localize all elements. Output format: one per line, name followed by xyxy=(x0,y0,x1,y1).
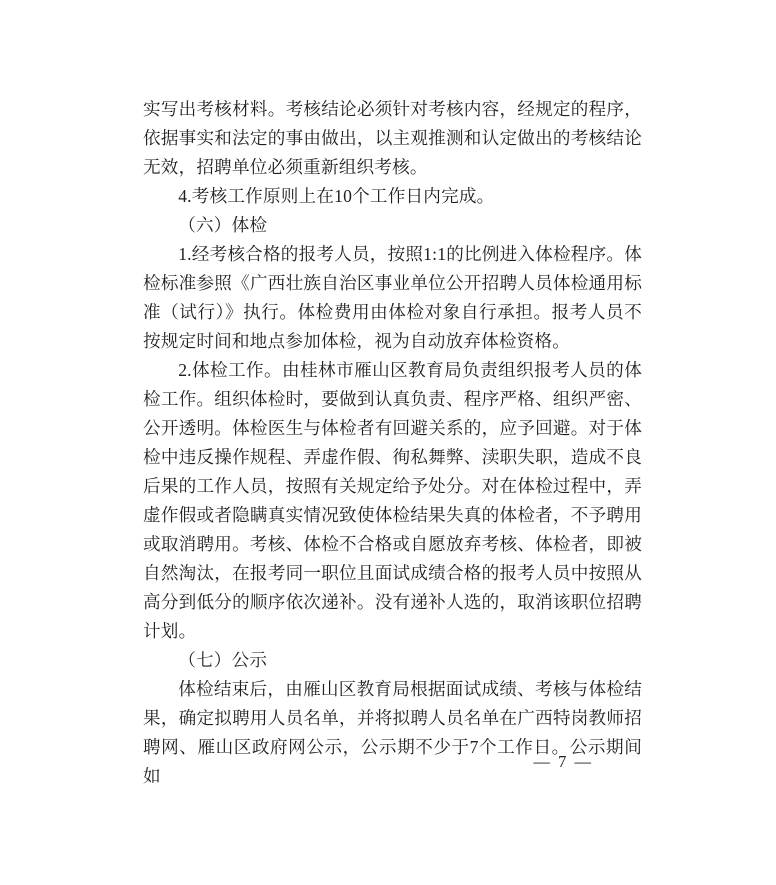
document-page: 实写出考核材料。考核结论必须针对考核内容，经规定的程序，依据事实和法定的事由做出… xyxy=(0,0,776,885)
paragraph: 1.经考核合格的报考人员，按照1:1的比例进入体检程序。体检标准参照《广西壮族自… xyxy=(143,240,642,356)
paragraph: （六）体检 xyxy=(143,211,642,240)
paragraph: （七）公示 xyxy=(143,646,642,675)
paragraph: 实写出考核材料。考核结论必须针对考核内容，经规定的程序，依据事实和法定的事由做出… xyxy=(143,95,642,182)
paragraph: 4.考核工作原则上在10个工作日内完成。 xyxy=(143,182,642,211)
document-body: 实写出考核材料。考核结论必须针对考核内容，经规定的程序，依据事实和法定的事由做出… xyxy=(143,95,642,791)
paragraph: 2.体检工作。由桂林市雁山区教育局负责组织报考人员的体检工作。组织体检时，要做到… xyxy=(143,356,642,646)
page-number: — 7 — xyxy=(143,750,593,774)
